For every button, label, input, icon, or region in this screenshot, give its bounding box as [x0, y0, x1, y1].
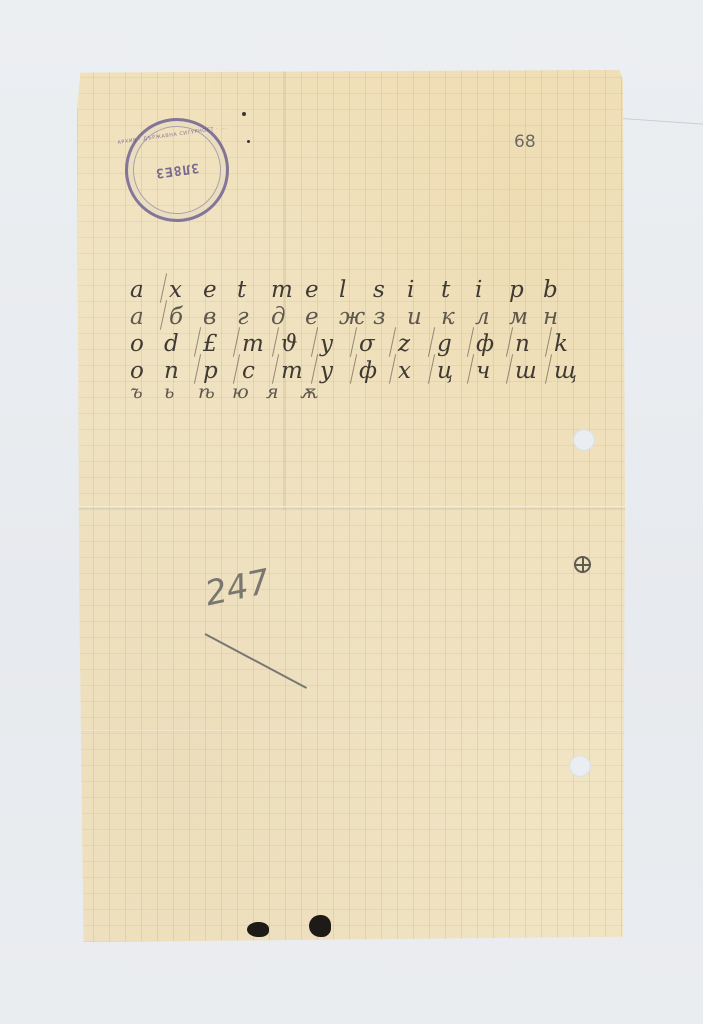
cipher-glyph: ь — [161, 381, 195, 403]
ink-dot — [247, 140, 250, 143]
punch-hole — [573, 429, 595, 451]
cipher-row-3: od£mϑyσzgфnk — [127, 327, 585, 354]
cipher-row-4: опрстуфхцчшщ — [127, 354, 585, 381]
ink-dot — [242, 112, 246, 116]
cipher-row-5: ъьѣюяѫ — [127, 381, 585, 408]
ink-stain — [309, 915, 331, 937]
registration-mark-icon — [574, 556, 591, 573]
cipher-glyph: ѫ — [297, 381, 331, 403]
cipher-glyph: я — [263, 381, 297, 403]
document-sheet: АРХИВ · ДЪРЖАВНА СИГУРНОСТ · ... ЗЛ8ЕЗ 6… — [77, 70, 625, 942]
stamp-center-number: ЗЛ8ЕЗ — [154, 160, 200, 181]
ink-stain — [247, 922, 269, 937]
cipher-glyph: ѣ — [195, 381, 229, 403]
fold-line-lower — [77, 730, 625, 732]
page-number: 68 — [514, 132, 536, 152]
cipher-row-1: axetmelsitipb — [127, 273, 585, 300]
punch-hole — [569, 755, 591, 777]
cipher-glyph: ю — [229, 381, 263, 403]
cipher-table: axetmelsitipb абвгдежзиклмн od£mϑyσzgфnk… — [127, 273, 585, 408]
cipher-glyph: ъ — [127, 381, 161, 403]
fold-line-horizontal — [77, 506, 625, 509]
cipher-row-2: абвгдежзиклмн — [127, 300, 585, 327]
